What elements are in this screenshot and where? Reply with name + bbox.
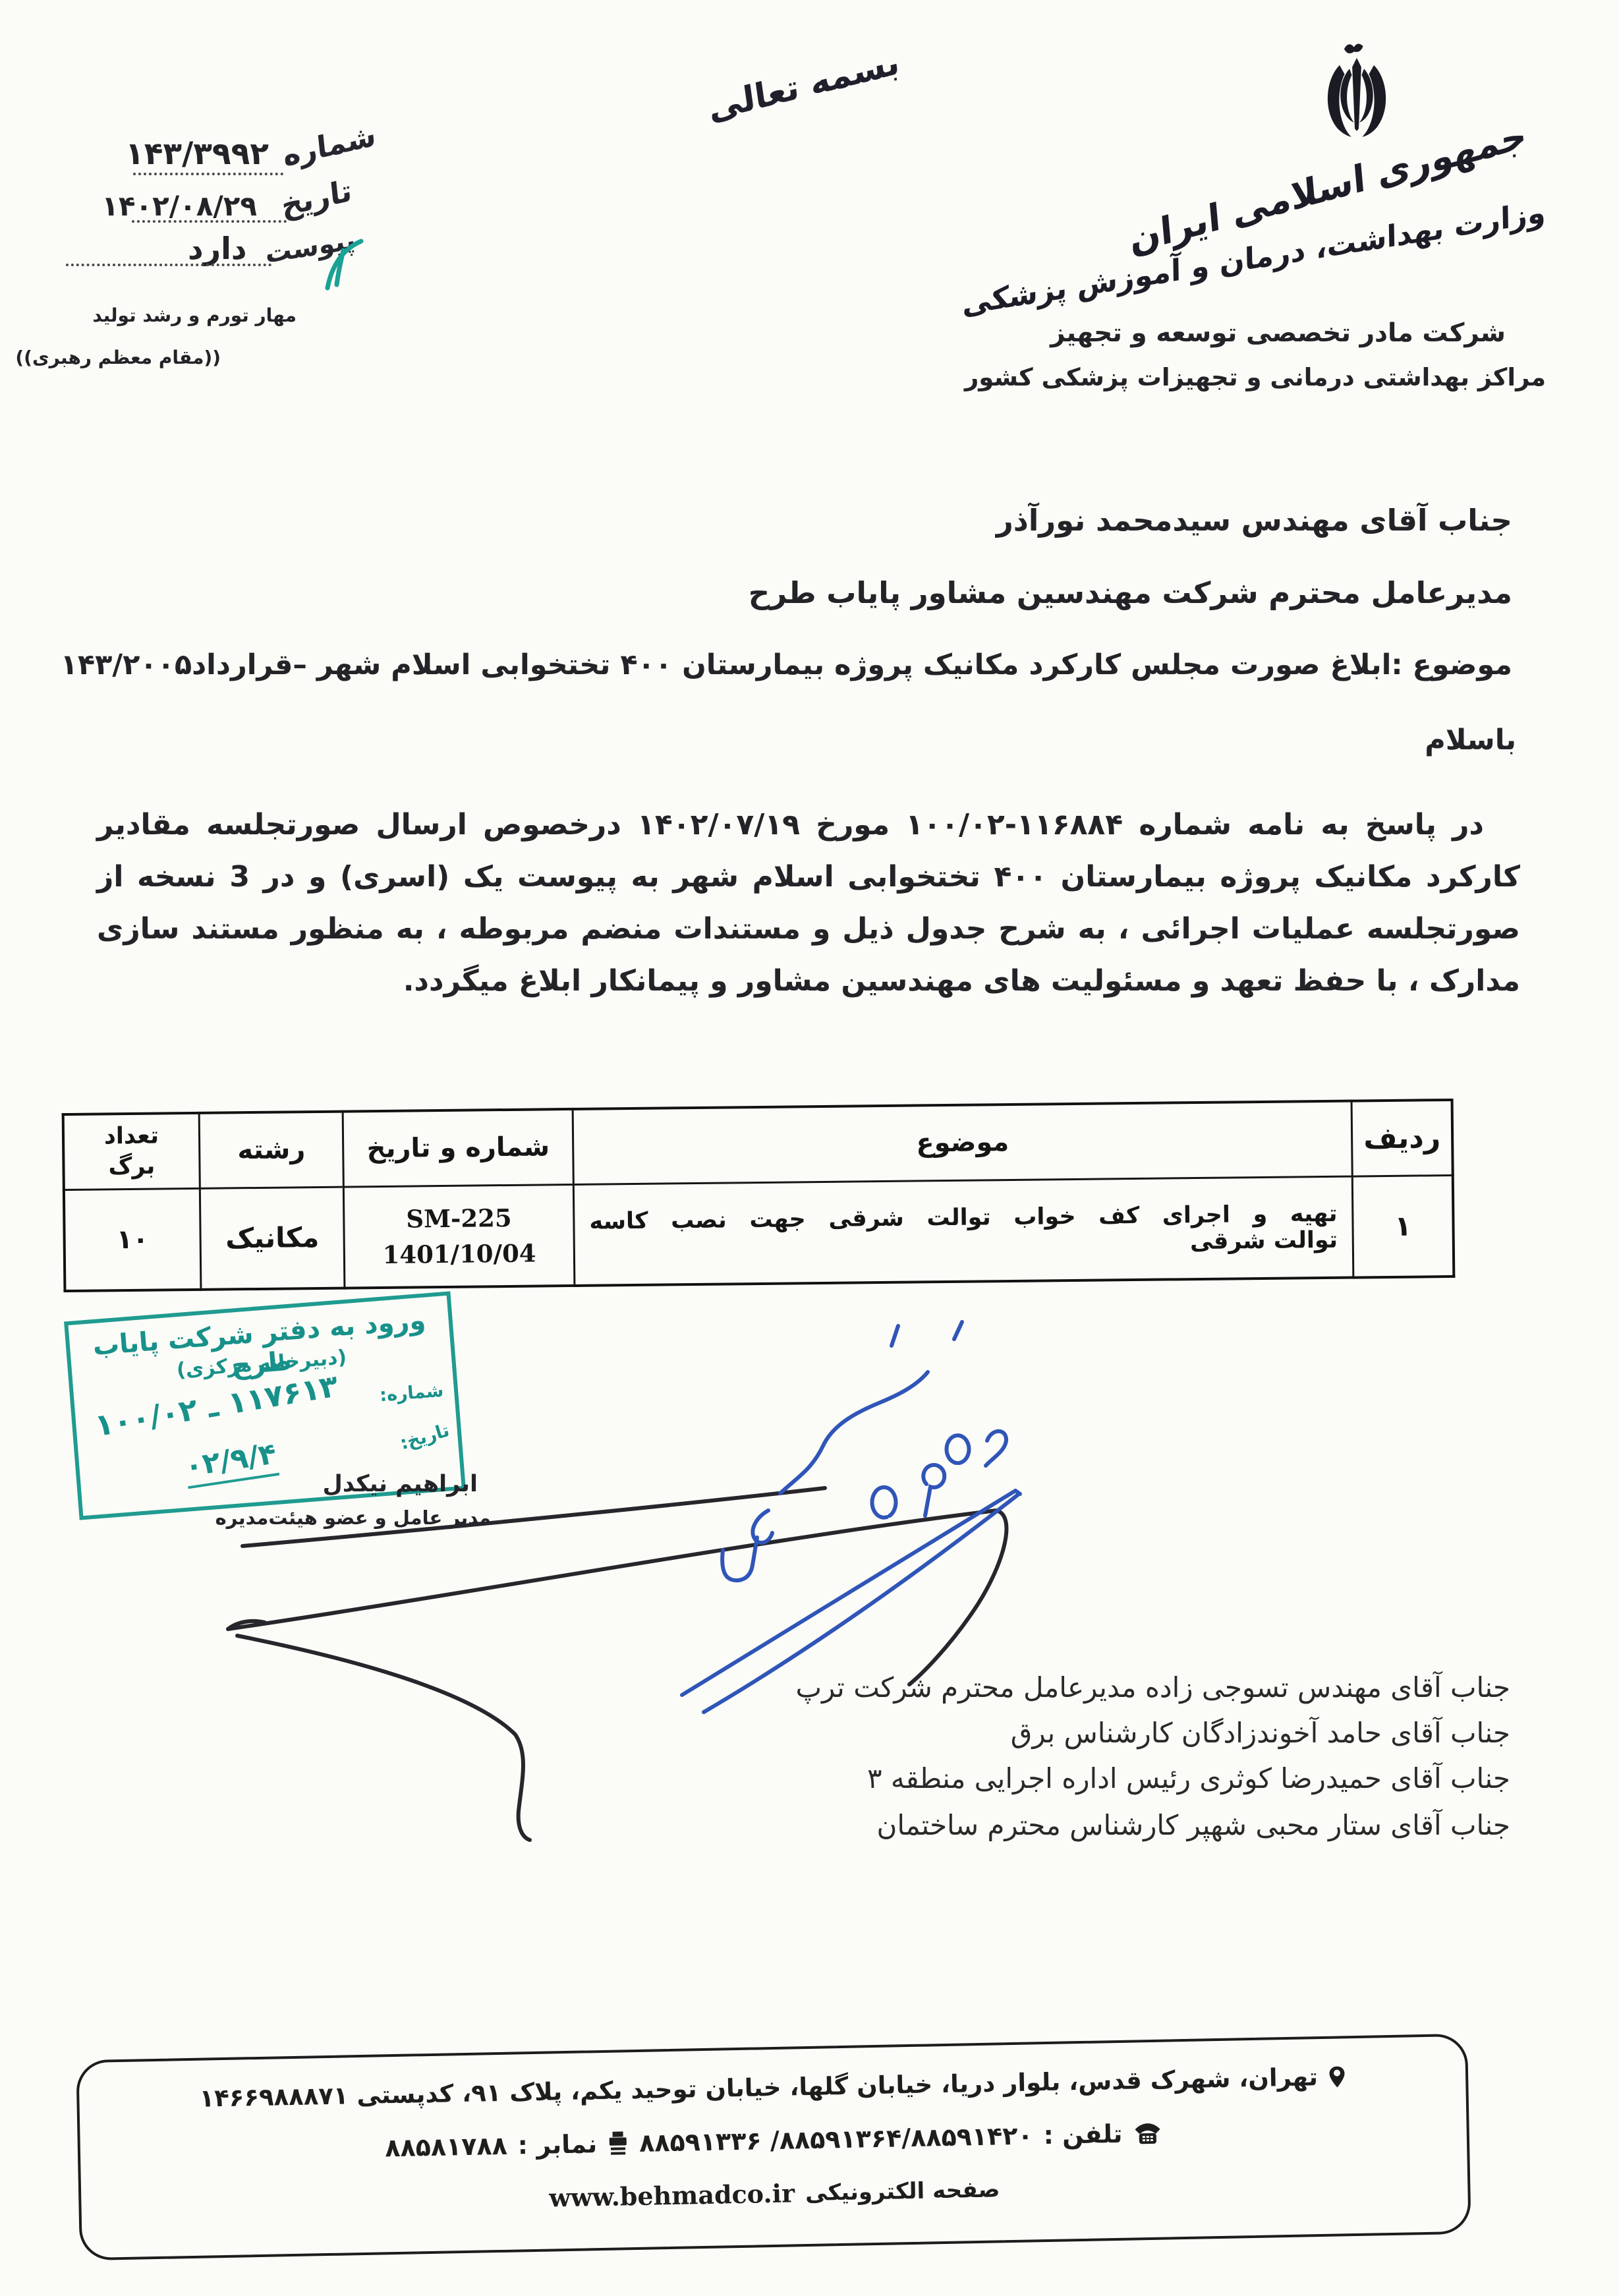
- recipient-name: جناب آقای مهندس سیدمحمد نورآذر: [996, 503, 1512, 538]
- handwritten-note: [682, 1322, 1020, 1712]
- scanned-letter-page: بسمه تعالی جمهوری اسلامی ایران وزارت بهد…: [0, 0, 1619, 2296]
- footer-address-line: تهران، شهرک قدس، بلوار دریا، خیابان گلها…: [79, 2060, 1465, 2115]
- col-header-subject: موضوع: [573, 1101, 1352, 1184]
- footer-web-label: صفحه الکترونیکی: [805, 2176, 1000, 2206]
- year-slogan: مهار تورم و رشد تولید: [145, 304, 297, 326]
- col-header-row: ردیف: [1351, 1100, 1452, 1176]
- cc-item: جناب آقای حامد آخوندزادگان کارشناس برق: [1011, 1717, 1510, 1749]
- col-header-field: رشته: [199, 1112, 344, 1188]
- salutation: باسلام: [1425, 724, 1516, 757]
- phone-icon: [1133, 2121, 1162, 2146]
- signatory-title: مدیر عامل و عضو هیئت‌مدیره: [280, 1507, 491, 1529]
- date-label: تاریخ: [280, 173, 354, 224]
- cc-item: جناب آقای مهندس تسوجی زاده مدیرعامل محتر…: [795, 1671, 1510, 1704]
- footer-fax-number: ۸۸۵۸۱۷۸۸: [385, 2131, 507, 2163]
- footer-phone-label: تلفن :: [1043, 2119, 1123, 2150]
- stamp-date-label: تاریخ:: [397, 1420, 451, 1454]
- footer-phone-line: تلفن : ۸۸۵۹۱۳۳۶ /۸۸۵۹۱۳۶۴/۸۸۵۹۱۴۲۰ نمابر…: [80, 2113, 1467, 2168]
- signatory-name: ابراهیم نیکدل: [339, 1471, 478, 1497]
- location-pin-icon: [1328, 2065, 1346, 2088]
- slogan-attribution: ((مقام معظم رهبری)): [59, 347, 221, 368]
- footer-contact-box: تهران، شهرک قدس، بلوار دریا، خیابان گلها…: [76, 2034, 1471, 2260]
- table-row: ۱ تهیه و اجرای کف خواب توالت شرقی جهت نص…: [64, 1175, 1454, 1291]
- bismillah-calligraphy: بسمه تعالی: [693, 39, 915, 132]
- cell-row-number: ۱: [1352, 1175, 1454, 1278]
- col-header-pages-line1: تعداد: [65, 1120, 198, 1152]
- body-paragraph: در پاسخ به نامه شماره ۱۱۶۸۸۴-۱۰۰/۰۲ مورخ…: [97, 799, 1520, 1007]
- cell-doc-number: SM-225: [345, 1199, 573, 1238]
- cc-item: جناب آقای حمیدرضا کوثری رئیس اداره اجرای…: [867, 1762, 1510, 1794]
- cell-field: مکانیک: [200, 1187, 345, 1290]
- works-table: ردیف موضوع شماره و تاریخ رشته تعداد برگ …: [62, 1099, 1456, 1292]
- footer-phone-numbers: ۸۸۵۹۱۳۳۶ /۸۸۵۹۱۳۶۴/۸۸۵۹۱۴۲۰: [639, 2121, 1033, 2157]
- iran-emblem-icon: [1308, 43, 1406, 161]
- company-line-2: مراکز بهداشتی درمانی و تجهیزات پزشکی کشو…: [1099, 363, 1546, 391]
- cc-item: جناب آقای ستار محبی شهپر کارشناس محترم س…: [877, 1809, 1511, 1841]
- fax-icon: [608, 2131, 629, 2156]
- stamp-date-value: ۰۲/۹/۴: [183, 1437, 279, 1489]
- dotted-line: [132, 204, 287, 223]
- subject-line: موضوع :ابلاغ صورت مجلس کارکرد مکانیک پرو…: [61, 648, 1512, 681]
- footer-address: تهران، شهرک قدس، بلوار دریا، خیابان گلها…: [199, 2063, 1318, 2113]
- dotted-line: [133, 157, 283, 175]
- footer-website: www.behmadco.ir: [549, 2178, 795, 2212]
- stamp-number-label: شماره:: [379, 1381, 444, 1406]
- company-line-1: شرکت مادر تخصصی توسعه و تجهیز: [1147, 318, 1506, 348]
- recipient-title: مدیرعامل محترم شرکت مهندسین مشاور پایاب …: [749, 575, 1512, 610]
- col-header-number-date: شماره و تاریخ: [343, 1109, 573, 1187]
- table-header-row: ردیف موضوع شماره و تاریخ رشته تعداد برگ: [63, 1100, 1453, 1190]
- attachment-label: پیوست: [265, 225, 356, 270]
- cell-pages: ۱۰: [64, 1188, 201, 1291]
- footer-web-line: صفحه الکترونیکی www.behmadco.ir: [81, 2166, 1467, 2222]
- col-header-pages: تعداد برگ: [63, 1113, 200, 1190]
- cell-doc-date: 1401/10/04: [345, 1235, 573, 1273]
- cell-subject: تهیه و اجرای کف خواب توالت شرقی جهت نصب …: [573, 1176, 1353, 1286]
- footer-fax-label: نمابر :: [517, 2129, 597, 2160]
- col-header-pages-line2: برگ: [65, 1151, 198, 1182]
- cell-number-date: SM-225 1401/10/04: [344, 1184, 575, 1288]
- dotted-line: [66, 248, 271, 266]
- number-label: شماره: [281, 117, 378, 173]
